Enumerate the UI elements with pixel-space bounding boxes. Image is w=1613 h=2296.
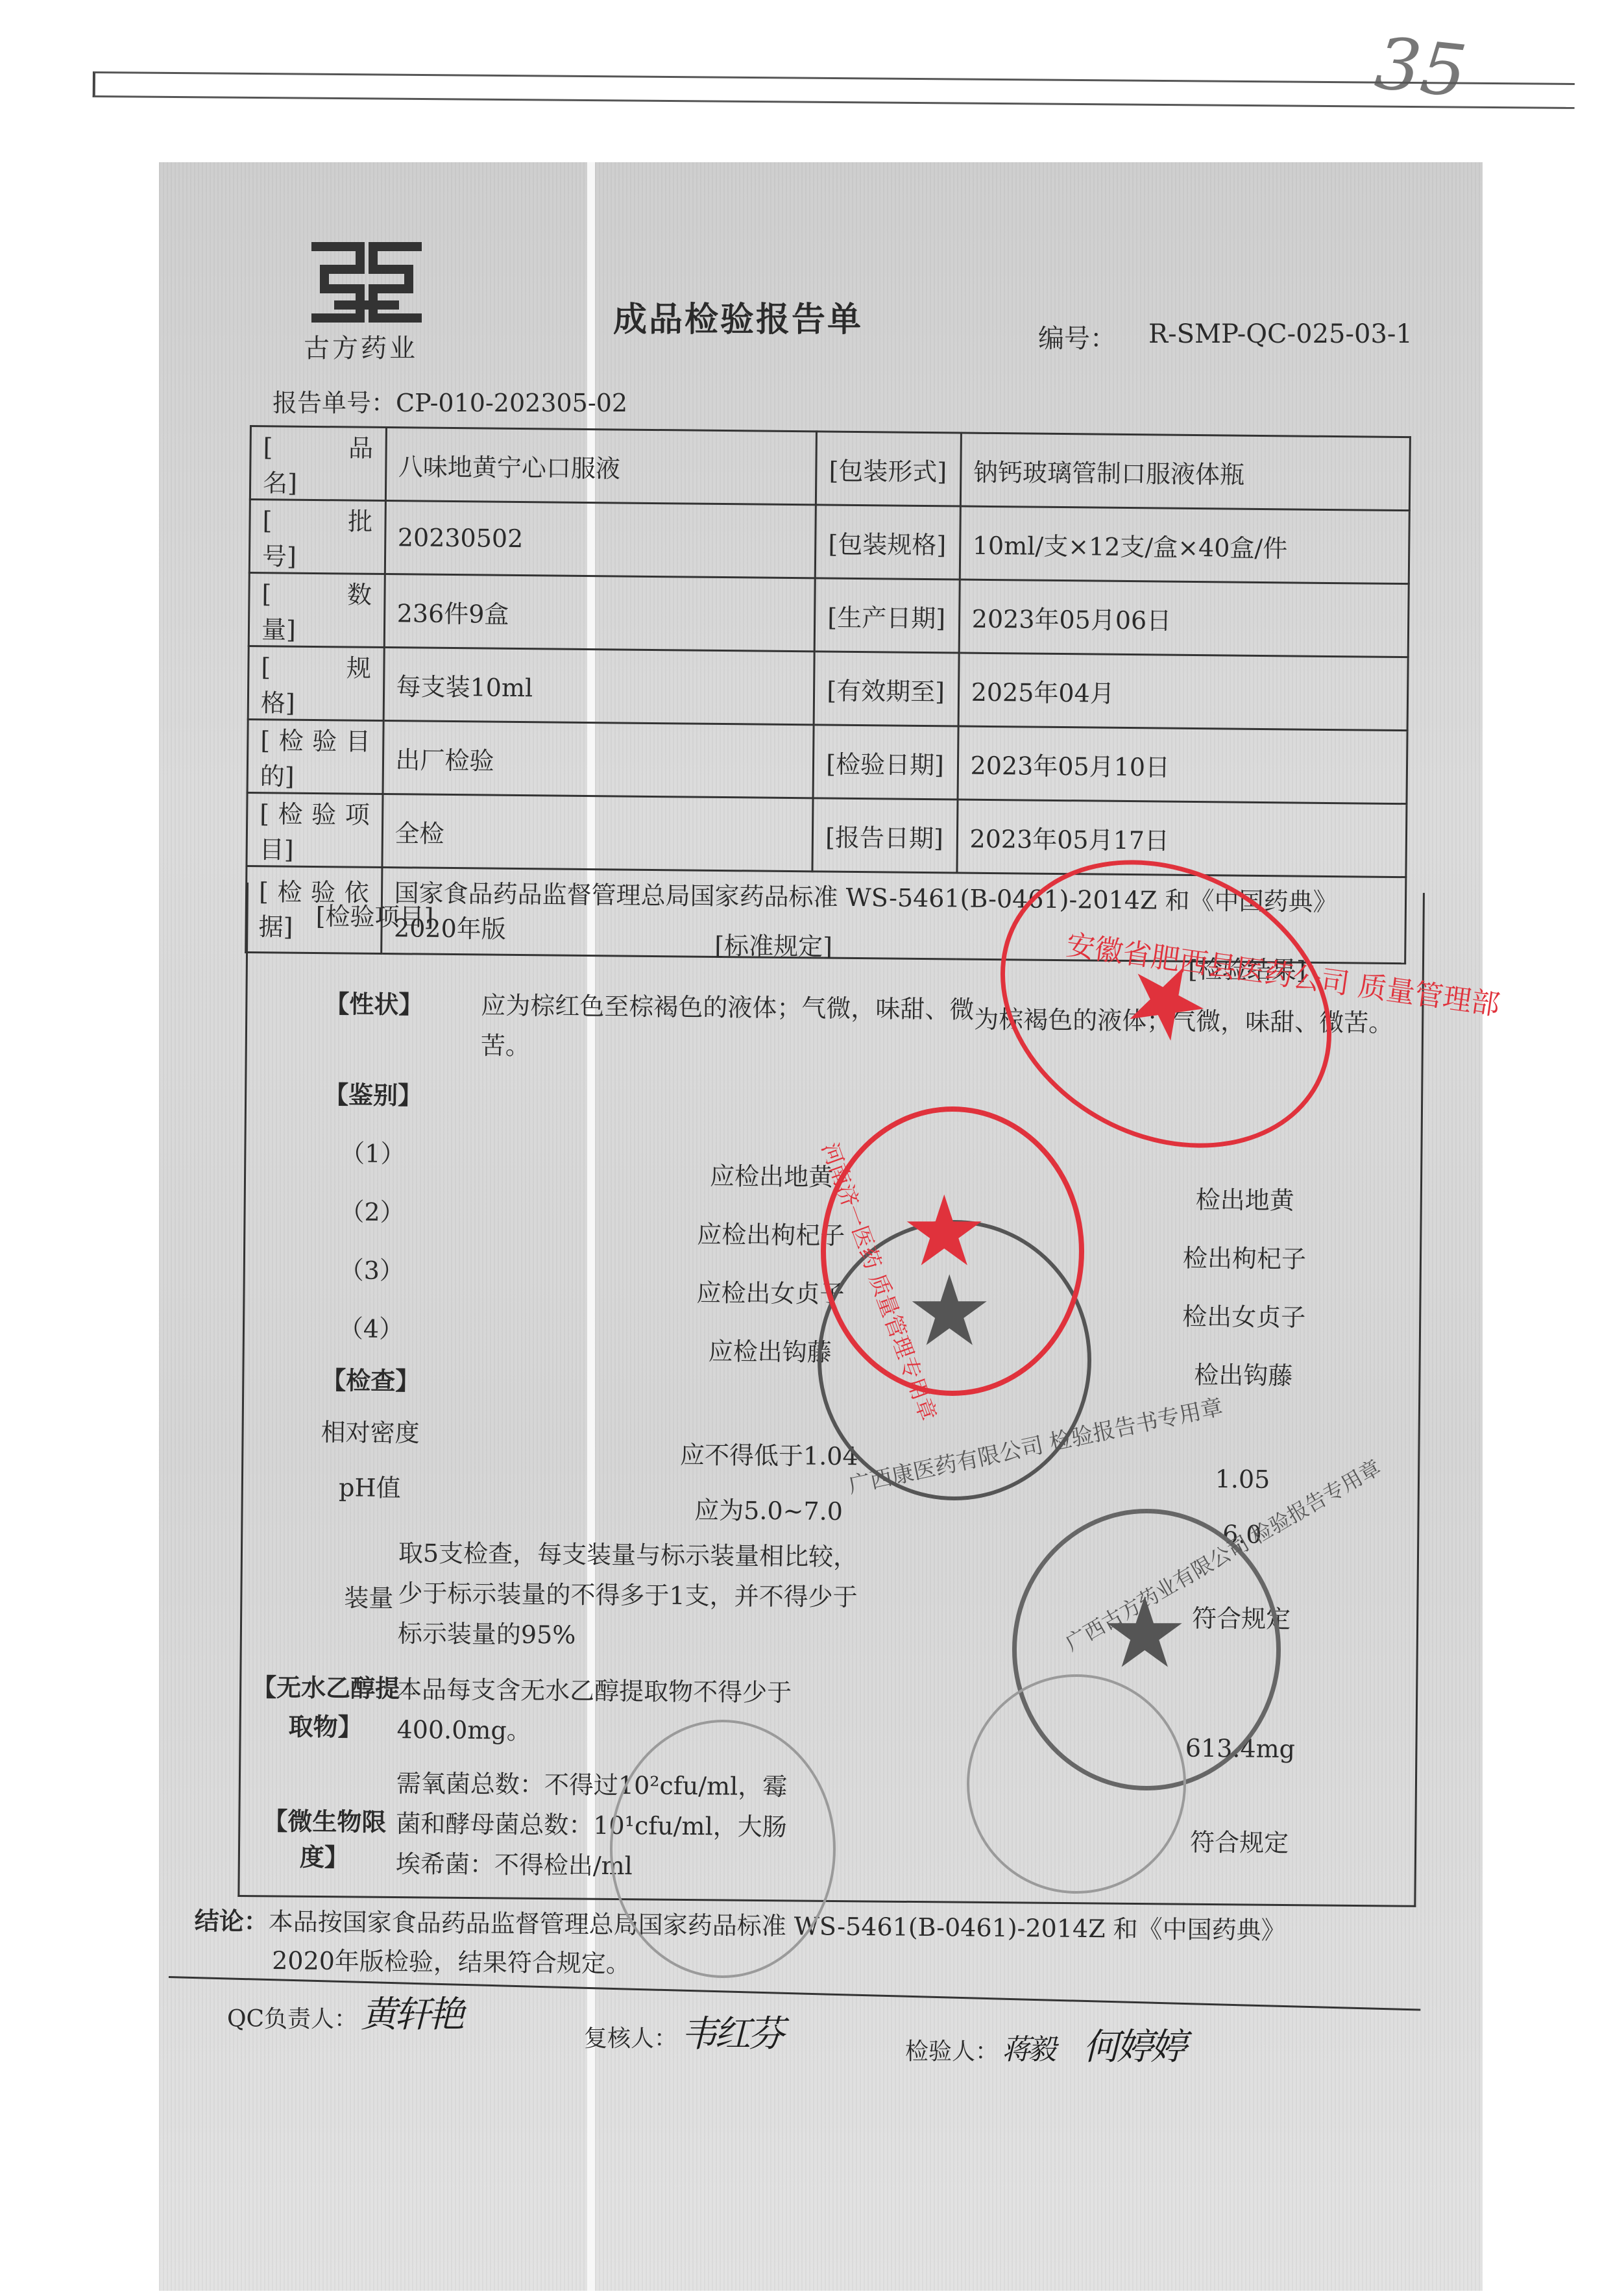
reviewer-label: 复核人： xyxy=(584,2025,677,2052)
test-item: 【性状】 xyxy=(267,983,481,1021)
quantity-value: 236件9盒 xyxy=(384,574,816,652)
purpose-label: [检验目的] xyxy=(247,719,383,794)
expiry-value: 2025年04月 xyxy=(958,653,1408,731)
qc-label: QC负责人： xyxy=(227,2006,358,2033)
inspection-date-label: [检验日期] xyxy=(813,725,958,800)
test-item: 【鉴别】 xyxy=(266,1074,480,1112)
star-icon: ★ xyxy=(901,1183,988,1280)
test-standard: 应为棕红色至棕褐色的液体；气微，味甜、微苦。 xyxy=(481,985,975,1070)
report-number: 报告单号：CP-010-202305-02 xyxy=(273,383,627,419)
batch-no-label: [批 号] xyxy=(249,500,385,574)
production-date-value: 2023年05月06日 xyxy=(959,580,1409,657)
report-date-label: [报告日期] xyxy=(812,798,957,873)
conclusion-label: 结论： xyxy=(195,1906,269,1936)
henan-quality-stamp: ★ 河南济一医药 质量管理专用章 xyxy=(821,1106,1084,1396)
reviewer-signature-handwriting: 韦红芬 xyxy=(681,2013,782,2055)
header-frame-line xyxy=(93,71,1575,109)
batch-no-value: 20230502 xyxy=(385,501,816,578)
faint-stamp xyxy=(610,1720,836,1978)
gufang-logo-icon xyxy=(305,240,428,324)
report-number-label: 报告单号： xyxy=(273,389,396,417)
package-form-value: 钠钙玻璃管制口服液体瓶 xyxy=(960,433,1410,511)
test-result: 检出女贞子 xyxy=(1088,1295,1400,1338)
specification-label: [规 格] xyxy=(248,646,384,720)
report-number-value: CP-010-202305-02 xyxy=(396,389,627,417)
items-label: [检验项目] xyxy=(247,792,383,867)
package-spec-label: [包装规格] xyxy=(815,505,960,580)
info-row: [检验项目] 全检 [报告日期] 2023年05月17日 xyxy=(247,792,1407,877)
test-item: 【无水乙醇提取物】 xyxy=(247,1668,404,1747)
package-spec-value: 10ml/支×12支/盒×40盒/件 xyxy=(960,506,1409,584)
specification-value: 每支装10ml xyxy=(383,648,815,725)
test-result: 检出枸杞子 xyxy=(1089,1237,1401,1280)
expiry-label: [有效期至] xyxy=(814,652,958,726)
quantity-label: [数 量] xyxy=(249,573,385,648)
qc-signature: QC负责人： 黄轩艳 xyxy=(227,1986,462,2038)
info-row: [品 名] 八味地黄宁心口服液 [包装形式] 钠钙玻璃管制口服液体瓶 xyxy=(250,426,1410,511)
info-row: [规 格] 每支装10ml [有效期至] 2025年04月 xyxy=(248,646,1408,730)
inspection-date-value: 2023年05月10日 xyxy=(958,726,1407,804)
document-title: 成品检验报告单 xyxy=(613,292,863,341)
report-date-value: 2023年05月17日 xyxy=(957,800,1407,877)
document-code: R-SMP-QC-025-03-1 xyxy=(1148,319,1413,349)
test-item: （1） xyxy=(265,1132,479,1170)
inspector-signature-handwriting-2: 何婷婷 xyxy=(1083,2026,1184,2068)
test-standard: 取5支检查，每支装量与标示装量相比较，少于标示装量的不得多于1支，并不得少于标示… xyxy=(398,1533,866,1657)
test-standard: 本品每支含无水乙醇提取物不得少于400.0mg。 xyxy=(396,1669,864,1753)
test-item: 相对密度 xyxy=(263,1411,477,1449)
package-form-label: [包装形式] xyxy=(816,432,961,506)
test-item: （3） xyxy=(265,1249,479,1287)
test-item: pH值 xyxy=(263,1467,477,1504)
reviewer-signature: 复核人： 韦红芬 xyxy=(584,2005,782,2057)
header-item: [检验项目] xyxy=(267,896,481,933)
test-result: 检出地黄 xyxy=(1089,1179,1401,1221)
qc-signature-handwriting: 黄轩艳 xyxy=(361,1994,462,2036)
info-row: [检验目的] 出厂检验 [检验日期] 2023年05月10日 xyxy=(247,719,1407,803)
info-row: [批 号] 20230502 [包装规格] 10ml/支×12支/盒×40盒/件 xyxy=(249,500,1409,584)
header-standard: [标准规定] xyxy=(481,923,1066,969)
test-item: （2） xyxy=(265,1191,479,1228)
inspector-signature-handwriting-1: 蒋毅 xyxy=(1002,2033,1054,2066)
items-value: 全检 xyxy=(382,794,813,871)
purpose-value: 出厂检验 xyxy=(383,720,814,798)
test-item: 【微生物限度】 xyxy=(247,1801,403,1874)
info-row: [数 量] 236件9盒 [生产日期] 2023年05月06日 xyxy=(249,573,1409,657)
company-logo-text: 古方药业 xyxy=(304,328,418,365)
production-date-label: [生产日期] xyxy=(814,578,959,653)
product-name-label: [品 名] xyxy=(250,426,386,501)
test-result: 检出钩藤 xyxy=(1087,1354,1400,1397)
faint-stamp xyxy=(967,1674,1186,1894)
inspector-label: 检验人： xyxy=(905,2038,999,2065)
document-code-label: 编号： xyxy=(1038,318,1116,355)
test-item: 【检查】 xyxy=(263,1360,478,1397)
test-item: （4） xyxy=(264,1308,478,1345)
product-name-value: 八味地黄宁心口服液 xyxy=(385,428,817,505)
inspector-signature: 检验人： 蒋毅 何婷婷 xyxy=(905,2018,1184,2070)
